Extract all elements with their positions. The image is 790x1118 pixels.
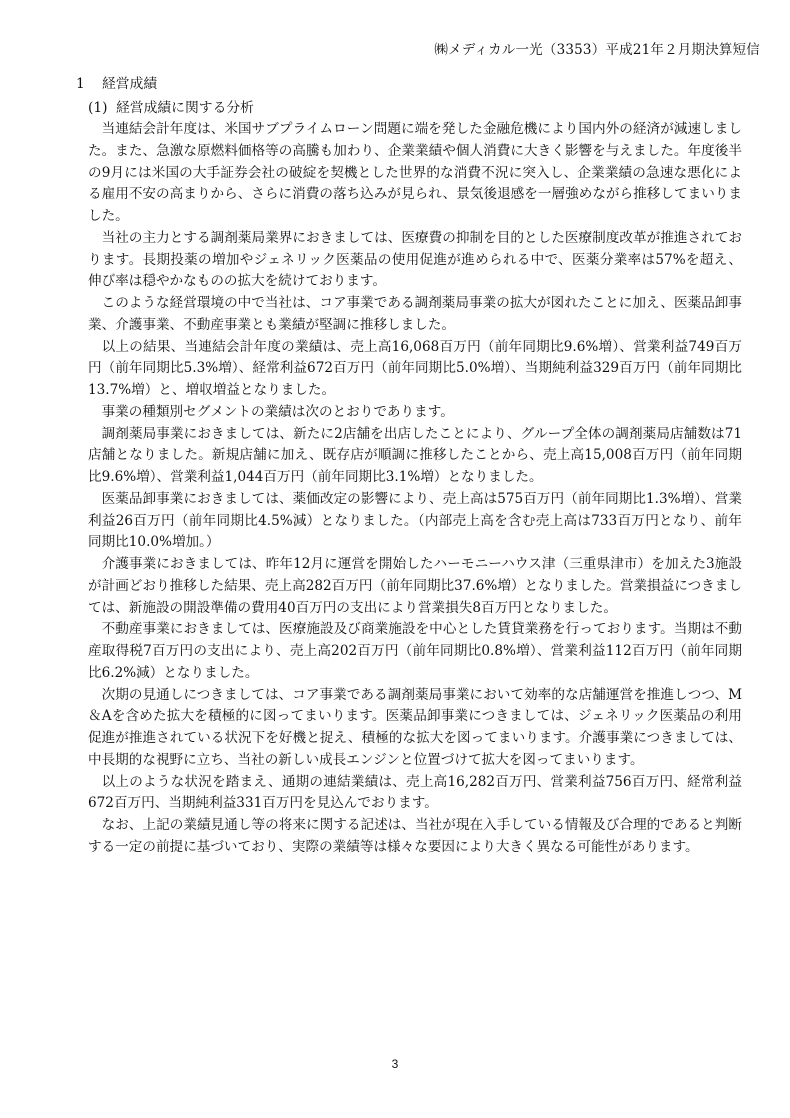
paragraph-industry: 当社の主力とする調剤薬局業界におきましては、医療費の抑制を目的とした医療制度改革… [88,228,742,293]
section-heading: 1経営成績 [76,72,157,92]
section-number: 1 [76,76,102,92]
subsection-title: 経営成績に関する分析 [116,100,254,116]
paragraph-outlook: 次期の見通しにつきましては、コア事業である調剤薬局事業において効率的な店舗運営を… [88,685,742,772]
section-title: 経営成績 [102,76,157,92]
paragraph-pharmacy-segment: 調剤薬局事業におきましては、新たに2店舗を出店したことにより、グループ全体の調剤… [88,424,742,489]
paragraph-realestate-segment: 不動産事業におきましては、医療施設及び商業施設を中心とした賃貸業務を行っておりま… [88,619,742,684]
paragraph-disclaimer: なお、上記の業績見通し等の将来に関する記述は、当社が現在入手している情報及び合理… [88,815,742,859]
paragraph-results: 以上の結果、当連結会計年度の業績は、売上高16,068百万円（前年同期比9.6%… [88,337,742,402]
page-number: 3 [0,1057,790,1071]
subsection-heading: (1)経営成績に関する分析 [88,96,254,116]
document-header: ㈱メディカル一光（3353）平成21年２月期決算短信 [434,38,760,58]
body-text: 当連結会計年度は、米国サブプライムローン問題に端を発した金融危機により国内外の経… [88,119,742,859]
paragraph-care-segment: 介護事業におきましては、昨年12月に運営を開始したハーモニーハウス津（三重県津市… [88,554,742,619]
paragraph-segment-intro: 事業の種類別セグメントの業績は次のとおりであります。 [88,402,742,424]
paragraph-economy: 当連結会計年度は、米国サブプライムローン問題に端を発した金融危機により国内外の経… [88,119,742,228]
paragraph-forecast: 以上のような状況を踏まえ、通期の連結業績は、売上高16,282百万円、営業利益7… [88,772,742,816]
paragraph-environment: このような経営環境の中で当社は、コア事業である調剤薬局事業の拡大が図れたことに加… [88,293,742,337]
subsection-number: (1) [88,100,116,116]
paragraph-wholesale-segment: 医薬品卸事業におきましては、薬価改定の影響により、売上高は575百万円（前年同期… [88,489,742,554]
